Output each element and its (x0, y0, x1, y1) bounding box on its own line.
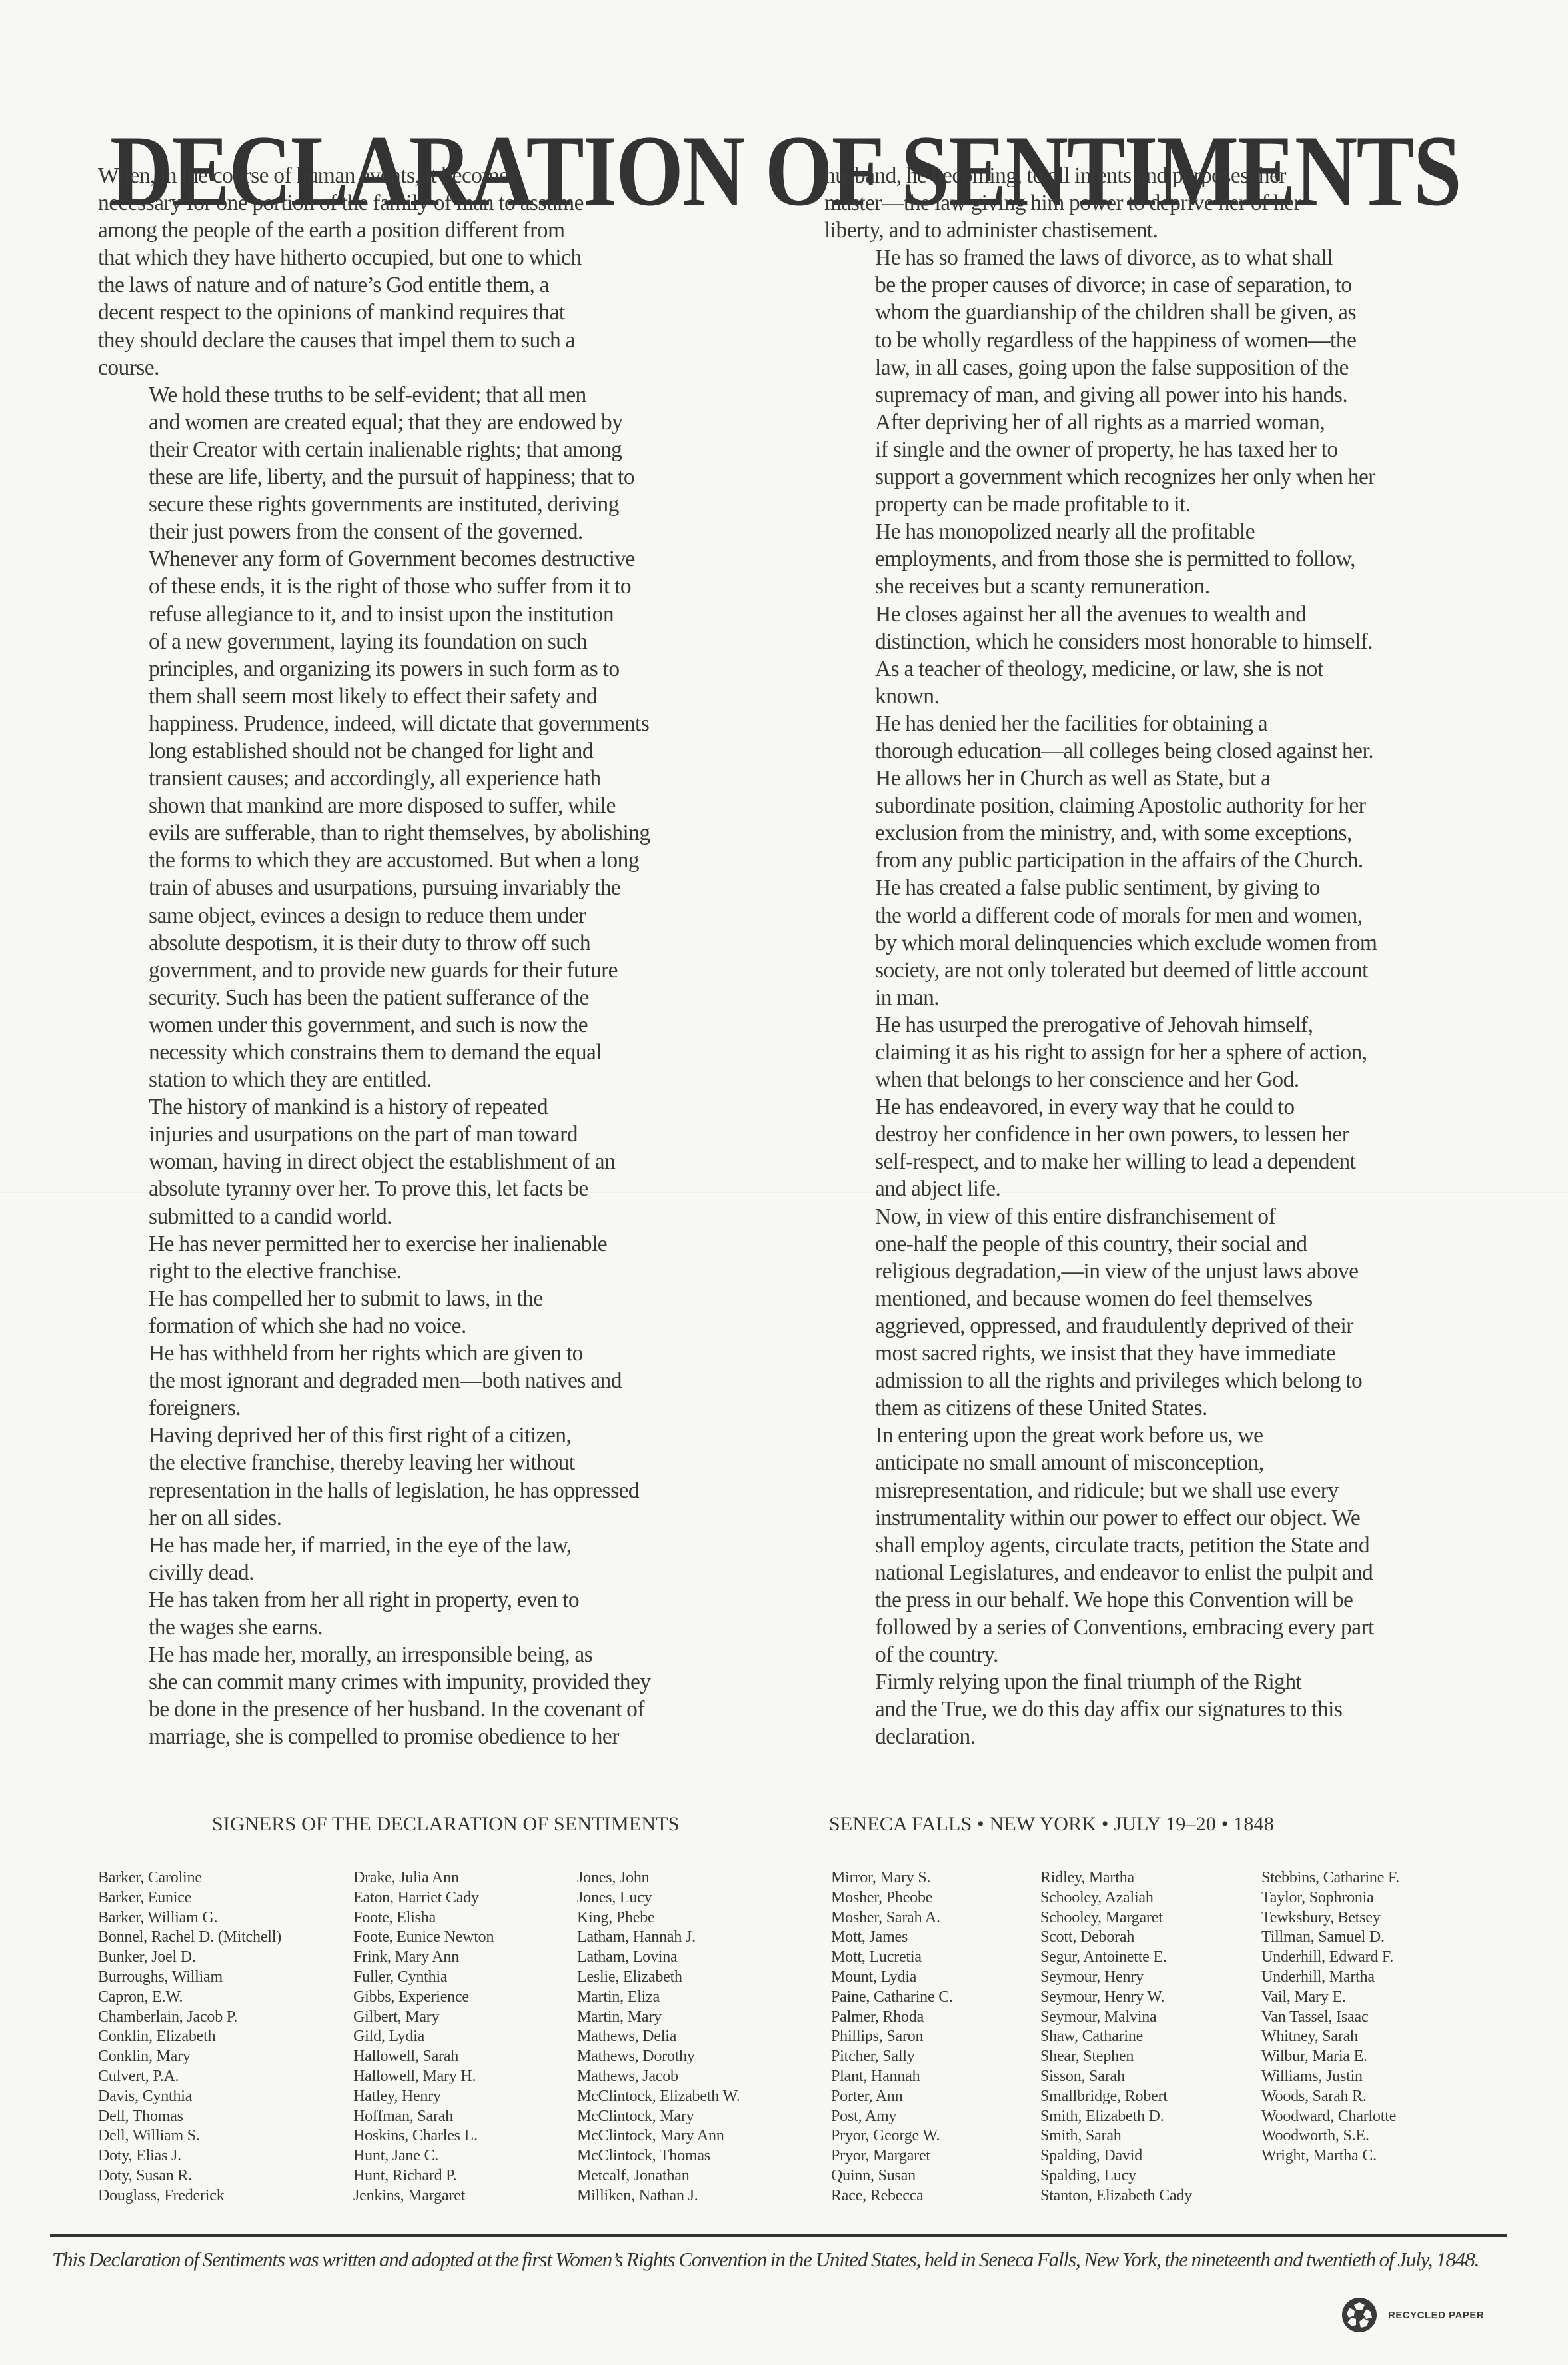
signer-name: Spalding, Lucy (1040, 2166, 1192, 2186)
footer-divider (50, 2234, 1507, 2237)
paragraph: He has made her, if married, in the eye … (98, 1532, 764, 1586)
signer-name: Jones, Lucy (577, 1888, 740, 1908)
text-line: When, in the course of human events, it … (98, 162, 764, 189)
text-line: when that belongs to her conscience and … (824, 1066, 1491, 1093)
text-line: transient causes; and accordingly, all e… (98, 765, 764, 792)
signer-name: Shear, Stephen (1040, 2047, 1192, 2067)
signer-name: King, Phebe (577, 1908, 740, 1928)
text-line: He has monopolized nearly all the profit… (824, 518, 1491, 545)
signer-name: Foote, Eunice Newton (353, 1928, 494, 1948)
text-line: He closes against her all the avenues to… (824, 601, 1491, 628)
signer-name: Drake, Julia Ann (353, 1868, 494, 1888)
text-line: they should declare the causes that impe… (98, 327, 764, 354)
signer-name: Post, Amy (831, 2107, 953, 2127)
text-line: injuries and usurpations on the part of … (98, 1121, 764, 1148)
signer-name: Underhill, Martha (1261, 1968, 1399, 1988)
text-line: the most ignorant and degraded men—both … (98, 1367, 764, 1394)
text-line: religious degradation,—in view of the un… (824, 1258, 1491, 1285)
text-line: station to which they are entitled. (98, 1066, 764, 1093)
signer-name: Van Tassel, Isaac (1261, 2008, 1399, 2028)
text-line: the elective franchise, thereby leaving … (98, 1449, 764, 1476)
signer-name: Barker, William G. (98, 1908, 281, 1928)
signer-name: Eaton, Harriet Cady (353, 1888, 494, 1908)
signer-name: Dell, William S. (98, 2126, 281, 2146)
signer-name: Doty, Susan R. (98, 2166, 281, 2186)
text-line: the forms to which they are accustomed. … (98, 847, 764, 874)
text-line: secure these rights governments are inst… (98, 491, 764, 518)
signer-name: Hunt, Richard P. (353, 2166, 494, 2186)
text-line: Now, in view of this entire disfranchise… (824, 1203, 1491, 1230)
text-line: her on all sides. (98, 1504, 764, 1532)
text-line: woman, having in direct object the estab… (98, 1148, 764, 1175)
signer-name: Smith, Elizabeth D. (1040, 2107, 1192, 2127)
text-line: He has denied her the facilities for obt… (824, 710, 1491, 737)
signer-name: Hatley, Henry (353, 2087, 494, 2107)
text-line: admission to all the rights and privileg… (824, 1367, 1491, 1394)
signer-name: Barker, Caroline (98, 1868, 281, 1888)
paragraph: He closes against her all the avenues to… (824, 601, 1491, 710)
signer-name: Quinn, Susan (831, 2166, 953, 2186)
signer-name: Frink, Mary Ann (353, 1948, 494, 1968)
signers-column-5: Ridley, MarthaSchooley, AzaliahSchooley,… (1040, 1868, 1192, 2206)
text-line: formation of which she had no voice. (98, 1312, 764, 1340)
text-line: anticipate no small amount of misconcept… (824, 1449, 1491, 1476)
signer-name: Phillips, Saron (831, 2027, 953, 2047)
text-line: followed by a series of Conventions, emb… (824, 1614, 1491, 1641)
signer-name: Hoskins, Charles L. (353, 2126, 494, 2146)
signer-name: Smith, Sarah (1040, 2126, 1192, 2146)
text-line: of these ends, it is the right of those … (98, 573, 764, 600)
text-line: among the people of the earth a position… (98, 217, 764, 244)
recycled-paper-label: RECYCLED PAPER (1388, 2310, 1484, 2321)
signer-name: Spalding, David (1040, 2146, 1192, 2166)
signer-name: Underhill, Edward F. (1261, 1948, 1399, 1968)
text-line: their Creator with certain inalienable r… (98, 436, 764, 463)
text-line: claiming it as his right to assign for h… (824, 1039, 1491, 1066)
paragraph: When, in the course of human events, it … (98, 162, 764, 381)
text-line: decent respect to the opinions of mankin… (98, 299, 764, 326)
signer-name: Conklin, Elizabeth (98, 2027, 281, 2047)
text-line: aggrieved, oppressed, and fraudulently d… (824, 1312, 1491, 1340)
text-line: these are life, liberty, and the pursuit… (98, 463, 764, 491)
text-line: and women are created equal; that they a… (98, 409, 764, 436)
signer-name: Mott, Lucretia (831, 1948, 953, 1968)
signer-name: Woodward, Charlotte (1261, 2107, 1399, 2127)
paragraph: Firmly relying upon the final triumph of… (824, 1668, 1491, 1750)
signer-name: Shaw, Catharine (1040, 2027, 1192, 2047)
signer-name: Jones, John (577, 1868, 740, 1888)
declaration-right-column: husband, he becoming, to all intents and… (824, 162, 1491, 1750)
signers-column-1: Barker, CarolineBarker, EuniceBarker, Wi… (98, 1868, 281, 2206)
signer-name: Mosher, Pheobe (831, 1888, 953, 1908)
signers-column-3: Jones, JohnJones, LucyKing, PhebeLatham,… (577, 1868, 740, 2206)
signer-name: Vail, Mary E. (1261, 1988, 1399, 2008)
text-line: property can be made profitable to it. (824, 491, 1491, 518)
text-line: the wages she earns. (98, 1614, 764, 1641)
signer-name: Bunker, Joel D. (98, 1948, 281, 1968)
text-line: He has usurped the prerogative of Jehova… (824, 1011, 1491, 1039)
signer-name: Mathews, Jacob (577, 2067, 740, 2087)
declaration-left-column: When, in the course of human events, it … (98, 162, 764, 1750)
text-line: course. (98, 354, 764, 381)
signer-name: Dell, Thomas (98, 2107, 281, 2127)
paragraph: He has created a false public sentiment,… (824, 874, 1491, 1011)
signer-name: Douglass, Frederick (98, 2186, 281, 2206)
text-line: civilly dead. (98, 1559, 764, 1586)
signer-name: McClintock, Mary (577, 2107, 740, 2127)
recycle-icon (1341, 2297, 1377, 2333)
text-line: He has so framed the laws of divorce, as… (824, 244, 1491, 271)
text-line: she can commit many crimes with impunity… (98, 1668, 764, 1696)
text-line: We hold these truths to be self-evident;… (98, 381, 764, 409)
recycled-paper-mark: RECYCLED PAPER (1341, 2297, 1484, 2333)
text-line: liberty, and to administer chastisement. (824, 217, 1491, 244)
signer-name: Smallbridge, Robert (1040, 2087, 1192, 2107)
signer-name: Woods, Sarah R. (1261, 2087, 1399, 2107)
paragraph: Now, in view of this entire disfranchise… (824, 1203, 1491, 1422)
text-line: that which they have hitherto occupied, … (98, 244, 764, 271)
signer-name: Stanton, Elizabeth Cady (1040, 2186, 1192, 2206)
paragraph: The history of mankind is a history of r… (98, 1093, 764, 1230)
signer-name: Conklin, Mary (98, 2047, 281, 2067)
signer-name: Wright, Martha C. (1261, 2146, 1399, 2166)
text-line: national Legislatures, and endeavor to e… (824, 1559, 1491, 1586)
text-line: He has withheld from her rights which ar… (98, 1340, 764, 1367)
text-line: absolute tyranny over her. To prove this… (98, 1175, 764, 1202)
paragraph: After depriving her of all rights as a m… (824, 409, 1491, 518)
signer-name: Barker, Eunice (98, 1888, 281, 1908)
signer-name: Scott, Deborah (1040, 1928, 1192, 1948)
signer-name: Sisson, Sarah (1040, 2067, 1192, 2087)
text-line: government, and to provide new guards fo… (98, 957, 764, 984)
text-line: society, are not only tolerated but deem… (824, 957, 1491, 984)
text-line: of a new government, laying its foundati… (98, 628, 764, 655)
signer-name: Whitney, Sarah (1261, 2027, 1399, 2047)
signer-name: Metcalf, Jonathan (577, 2166, 740, 2186)
text-line: the press in our behalf. We hope this Co… (824, 1586, 1491, 1614)
text-line: long established should not be changed f… (98, 737, 764, 765)
signer-name: Foote, Elisha (353, 1908, 494, 1928)
signer-name: Wilbur, Maria E. (1261, 2047, 1399, 2067)
footnote: This Declaration of Sentiments was writt… (52, 2248, 1511, 2272)
text-line: He has compelled her to submit to laws, … (98, 1285, 764, 1312)
signer-name: Hallowell, Sarah (353, 2047, 494, 2067)
signer-name: Hallowell, Mary H. (353, 2067, 494, 2087)
paragraph: He has endeavored, in every way that he … (824, 1093, 1491, 1202)
signer-name: Martin, Mary (577, 2008, 740, 2028)
text-line: law, in all cases, going upon the false … (824, 354, 1491, 381)
text-line: train of abuses and usurpations, pursuin… (98, 874, 764, 901)
paragraph: He has monopolized nearly all the profit… (824, 518, 1491, 600)
text-line: of the country. (824, 1641, 1491, 1668)
signer-name: Culvert, P.A. (98, 2067, 281, 2087)
signers-column-4: Mirror, Mary S.Mosher, PheobeMosher, Sar… (831, 1868, 953, 2206)
signers-column-6: Stebbins, Catharine F.Taylor, SophroniaT… (1261, 1868, 1399, 2166)
text-line: He has endeavored, in every way that he … (824, 1093, 1491, 1121)
signer-name: Bonnel, Rachel D. (Mitchell) (98, 1928, 281, 1948)
signer-name: Mosher, Sarah A. (831, 1908, 953, 1928)
signer-name: Milliken, Nathan J. (577, 2186, 740, 2206)
text-line: security. Such has been the patient suff… (98, 984, 764, 1011)
text-line: After depriving her of all rights as a m… (824, 409, 1491, 436)
signer-name: Schooley, Margaret (1040, 1908, 1192, 1928)
signer-name: Pryor, George W. (831, 2126, 953, 2146)
text-line: submitted to a candid world. (98, 1203, 764, 1230)
text-line: misrepresentation, and ridicule; but we … (824, 1477, 1491, 1504)
text-line: the world a different code of morals for… (824, 902, 1491, 929)
signer-name: Chamberlain, Jacob P. (98, 2008, 281, 2028)
text-line: and abject life. (824, 1175, 1491, 1202)
signer-name: Leslie, Elizabeth (577, 1968, 740, 1988)
text-line: right to the elective franchise. (98, 1258, 764, 1285)
signer-name: Williams, Justin (1261, 2067, 1399, 2087)
text-line: Whenever any form of Government becomes … (98, 545, 764, 573)
text-line: declaration. (824, 1723, 1491, 1750)
text-line: refuse allegiance to it, and to insist u… (98, 601, 764, 628)
signers-heading: SIGNERS OF THE DECLARATION OF SENTIMENTS (212, 1813, 680, 1836)
signer-name: Latham, Lovina (577, 1948, 740, 1968)
text-line: In entering upon the great work before u… (824, 1422, 1491, 1449)
text-line: their just powers from the consent of th… (98, 518, 764, 545)
paragraph: He has so framed the laws of divorce, as… (824, 244, 1491, 409)
text-line: support a government which recognizes he… (824, 463, 1491, 491)
text-line: Firmly relying upon the final triumph of… (824, 1668, 1491, 1696)
text-line: He allows her in Church as well as State… (824, 765, 1491, 792)
signers-column-2: Drake, Julia AnnEaton, Harriet CadyFoote… (353, 1868, 494, 2206)
text-line: As a teacher of theology, medicine, or l… (824, 655, 1491, 683)
text-line: women under this government, and such is… (98, 1011, 764, 1039)
text-line: be the proper causes of divorce; in case… (824, 271, 1491, 299)
paragraph: He has usurped the prerogative of Jehova… (824, 1011, 1491, 1093)
signer-name: Fuller, Cynthia (353, 1968, 494, 1988)
signer-name: Latham, Hannah J. (577, 1928, 740, 1948)
text-line: mentioned, and because women do feel the… (824, 1285, 1491, 1312)
signers-place-date: SENECA FALLS • NEW YORK • JULY 19–20 • 1… (829, 1813, 1274, 1836)
signer-name: Taylor, Sophronia (1261, 1888, 1399, 1908)
text-line: exclusion from the ministry, and, with s… (824, 819, 1491, 847)
signer-name: McClintock, Thomas (577, 2146, 740, 2166)
paragraph: He has withheld from her rights which ar… (98, 1340, 764, 1422)
paragraph: He has compelled her to submit to laws, … (98, 1285, 764, 1340)
signer-name: Seymour, Malvina (1040, 2008, 1192, 2028)
signer-name: Ridley, Martha (1040, 1868, 1192, 1888)
text-line: representation in the halls of legislati… (98, 1477, 764, 1504)
paragraph: In entering upon the great work before u… (824, 1422, 1491, 1668)
text-line: master—the law giving him power to depri… (824, 189, 1491, 217)
paragraph: He allows her in Church as well as State… (824, 765, 1491, 874)
signer-name: Mount, Lydia (831, 1968, 953, 1988)
signer-name: Davis, Cynthia (98, 2087, 281, 2107)
text-line: same object, evinces a design to reduce … (98, 902, 764, 929)
text-line: principles, and organizing its powers in… (98, 655, 764, 683)
text-line: and the True, we do this day affix our s… (824, 1696, 1491, 1723)
signer-name: Jenkins, Margaret (353, 2186, 494, 2206)
signer-name: Paine, Catharine C. (831, 1988, 953, 2008)
signer-name: Race, Rebecca (831, 2186, 953, 2206)
text-line: subordinate position, claiming Apostolic… (824, 792, 1491, 819)
signer-name: Gilbert, Mary (353, 2008, 494, 2028)
signer-name: Schooley, Azaliah (1040, 1888, 1192, 1908)
text-line: foreigners. (98, 1394, 764, 1422)
text-line: necessity which constrains them to deman… (98, 1039, 764, 1066)
text-line: in man. (824, 984, 1491, 1011)
text-line: evils are sufferable, than to right them… (98, 819, 764, 847)
text-line: He has made her, morally, an irresponsib… (98, 1641, 764, 1668)
signer-name: Burroughs, William (98, 1968, 281, 1988)
signer-name: McClintock, Mary Ann (577, 2126, 740, 2146)
signer-name: Tillman, Samuel D. (1261, 1928, 1399, 1948)
text-line: most sacred rights, we insist that they … (824, 1340, 1491, 1367)
paragraph: We hold these truths to be self-evident;… (98, 381, 764, 1093)
text-line: Having deprived her of this first right … (98, 1422, 764, 1449)
signer-name: Porter, Ann (831, 2087, 953, 2107)
signer-name: Plant, Hannah (831, 2067, 953, 2087)
signer-name: Gild, Lydia (353, 2027, 494, 2047)
text-line: them shall seem most likely to effect th… (98, 683, 764, 710)
text-line: absolute despotism, it is their duty to … (98, 929, 764, 957)
signer-name: Woodworth, S.E. (1261, 2126, 1399, 2146)
text-line: happiness. Prudence, indeed, will dictat… (98, 710, 764, 737)
paragraph: He has made her, morally, an irresponsib… (98, 1641, 764, 1750)
text-line: whom the guardianship of the children sh… (824, 299, 1491, 326)
signer-name: Doty, Elias J. (98, 2146, 281, 2166)
signer-name: Hoffman, Sarah (353, 2107, 494, 2127)
signer-name: Martin, Eliza (577, 1988, 740, 2008)
signer-name: Seymour, Henry (1040, 1968, 1192, 1988)
text-line: destroy her confidence in her own powers… (824, 1121, 1491, 1148)
text-line: to be wholly regardless of the happiness… (824, 327, 1491, 354)
text-line: The history of mankind is a history of r… (98, 1093, 764, 1121)
signer-name: Tewksbury, Betsey (1261, 1908, 1399, 1928)
signer-name: McClintock, Elizabeth W. (577, 2087, 740, 2107)
signer-name: Palmer, Rhoda (831, 2008, 953, 2028)
signer-name: Seymour, Henry W. (1040, 1988, 1192, 2008)
signer-name: Gibbs, Experience (353, 1988, 494, 2008)
text-line: by which moral delinquencies which exclu… (824, 929, 1491, 957)
text-line: husband, he becoming, to all intents and… (824, 162, 1491, 189)
text-line: shall employ agents, circulate tracts, p… (824, 1532, 1491, 1559)
text-line: one-half the people of this country, the… (824, 1230, 1491, 1258)
text-line: them as citizens of these United States. (824, 1394, 1491, 1422)
text-line: from any public participation in the aff… (824, 847, 1491, 874)
text-line: self-respect, and to make her willing to… (824, 1148, 1491, 1175)
text-line: be done in the presence of her husband. … (98, 1696, 764, 1723)
signer-name: Mathews, Delia (577, 2027, 740, 2047)
signer-name: Stebbins, Catharine F. (1261, 1868, 1399, 1888)
text-line: marriage, she is compelled to promise ob… (98, 1723, 764, 1750)
text-line: He has created a false public sentiment,… (824, 874, 1491, 901)
text-line: necessary for one portion of the family … (98, 189, 764, 217)
paragraph: He has taken from her all right in prope… (98, 1586, 764, 1641)
signer-name: Hunt, Jane C. (353, 2146, 494, 2166)
text-line: thorough education—all colleges being cl… (824, 737, 1491, 765)
paragraph: Having deprived her of this first right … (98, 1422, 764, 1531)
signer-name: Capron, E.W. (98, 1988, 281, 2008)
signer-name: Mirror, Mary S. (831, 1868, 953, 1888)
text-line: instrumentality within our power to effe… (824, 1504, 1491, 1532)
text-line: shown that mankind are more disposed to … (98, 792, 764, 819)
text-line: employments, and from those she is permi… (824, 545, 1491, 573)
text-line: the laws of nature and of nature’s God e… (98, 271, 764, 299)
text-line: supremacy of man, and giving all power i… (824, 381, 1491, 409)
signer-name: Pitcher, Sally (831, 2047, 953, 2067)
text-line: He has taken from her all right in prope… (98, 1586, 764, 1614)
text-line: He has made her, if married, in the eye … (98, 1532, 764, 1559)
signer-name: Mathews, Dorothy (577, 2047, 740, 2067)
text-line: she receives but a scanty remuneration. (824, 573, 1491, 600)
text-line: known. (824, 683, 1491, 710)
text-line: He has never permitted her to exercise h… (98, 1230, 764, 1258)
paragraph: husband, he becoming, to all intents and… (824, 162, 1491, 244)
text-line: distinction, which he considers most hon… (824, 628, 1491, 655)
paragraph: He has denied her the facilities for obt… (824, 710, 1491, 765)
paragraph: He has never permitted her to exercise h… (98, 1230, 764, 1285)
signer-name: Pryor, Margaret (831, 2146, 953, 2166)
signer-name: Mott, James (831, 1928, 953, 1948)
signer-name: Segur, Antoinette E. (1040, 1948, 1192, 1968)
text-line: if single and the owner of property, he … (824, 436, 1491, 463)
